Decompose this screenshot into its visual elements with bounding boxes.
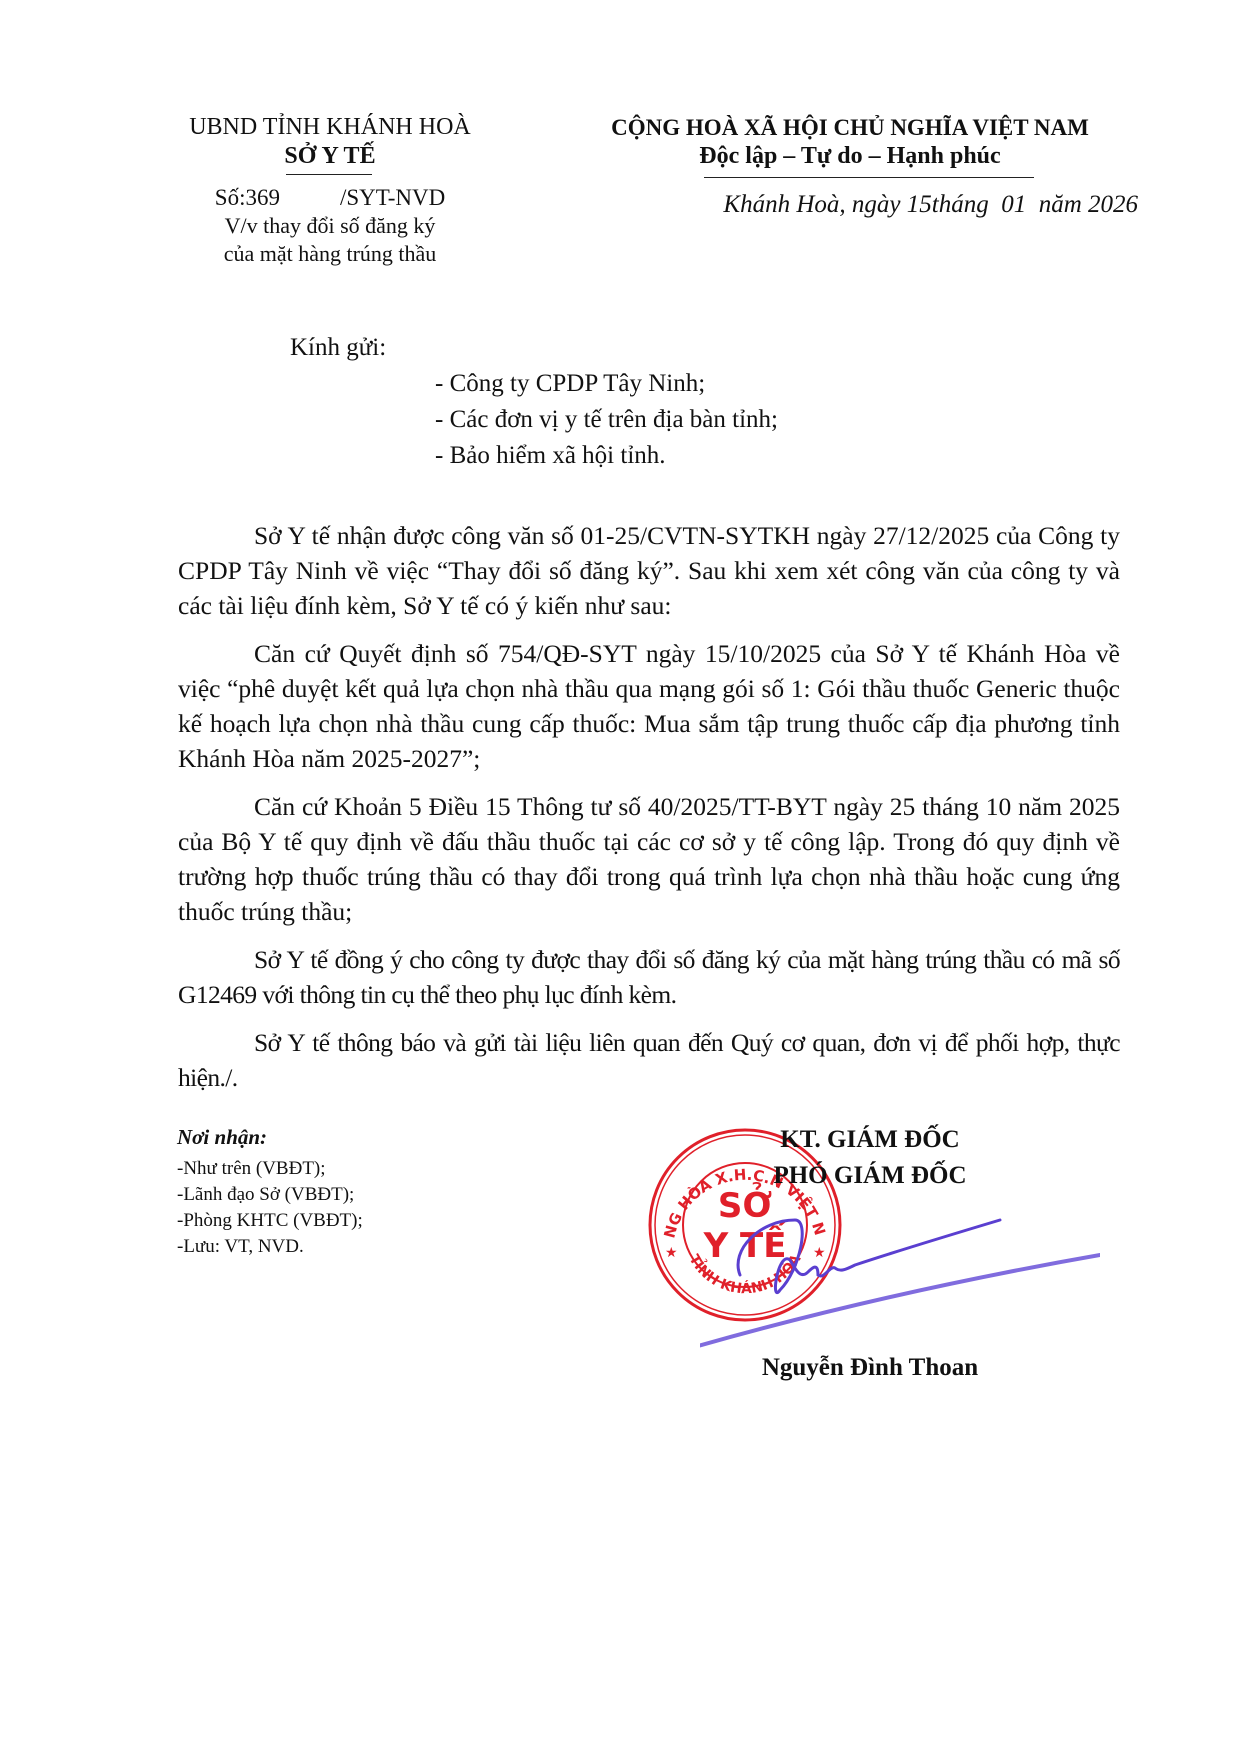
- distribution-item: -Lưu: VT, NVD.: [177, 1234, 363, 1260]
- distribution-item: -Lãnh đạo Sở (VBĐT);: [177, 1182, 363, 1208]
- place-date: Khánh Hoà, ngày 15tháng 01 năm 2026: [578, 191, 1138, 219]
- letter-body: Sở Y tế nhận được công văn số 01-25/CVTN…: [178, 518, 1120, 1108]
- doc-no-suffix: /SYT-NVD: [340, 185, 445, 210]
- svg-text:★: ★: [665, 1245, 678, 1261]
- recipient-item: - Bảo hiểm xã hội tỉnh.: [290, 438, 778, 474]
- agency-name: SỞ Y TẾ: [284, 142, 375, 171]
- motto-underline: [704, 177, 1034, 178]
- handwritten-signature-icon: [700, 1180, 1100, 1380]
- body-paragraph: Sở Y tế nhận được công văn số 01-25/CVTN…: [178, 518, 1120, 623]
- motto: Độc lập – Tự do – Hạnh phúc: [555, 142, 1145, 171]
- national-header: CỘNG HOÀ XÃ HỘI CHỦ NGHĨA VIỆT NAM Độc l…: [555, 113, 1145, 171]
- subject-line-2: của mặt hàng trúng thầu: [150, 240, 510, 268]
- recipient-item: - Công ty CPDP Tây Ninh;: [290, 366, 778, 402]
- distribution-item: -Như trên (VBĐT);: [177, 1156, 363, 1182]
- distribution-title: Nơi nhận:: [177, 1125, 363, 1150]
- doc-no-label: Số:: [215, 185, 246, 210]
- body-paragraph: Căn cứ Quyết định số 754/QĐ-SYT ngày 15/…: [178, 636, 1120, 776]
- signer-name: Nguyễn Đình Thoan: [690, 1354, 1050, 1382]
- body-paragraph: Sở Y tế đồng ý cho công ty được thay đổi…: [178, 942, 1120, 1012]
- recipient-item: - Các đơn vị y tế trên địa bàn tỉnh;: [290, 402, 778, 438]
- recipients-title: Kính gửi:: [290, 330, 778, 366]
- subject-line-1: V/v thay đổi số đăng ký: [150, 212, 510, 240]
- distribution-item: -Phòng KHTC (VBĐT);: [177, 1208, 363, 1234]
- body-paragraph: Sở Y tế thông báo và gửi tài liệu liên q…: [178, 1025, 1120, 1095]
- nation-title: CỘNG HOÀ XÃ HỘI CHỦ NGHĨA VIỆT NAM: [555, 113, 1145, 142]
- signature-title-1: KT. GIÁM ĐỐC: [690, 1122, 1050, 1158]
- body-paragraph: Căn cứ Khoản 5 Điều 15 Thông tư số 40/20…: [178, 789, 1120, 929]
- agency-underline: [286, 174, 372, 175]
- issuer-block: UBND TỈNH KHÁNH HOÀ SỞ Y TẾ Số:369/SYT-N…: [150, 113, 510, 268]
- distribution-list: Nơi nhận: -Như trên (VBĐT); -Lãnh đạo Sở…: [177, 1125, 363, 1260]
- agency-parent: UBND TỈNH KHÁNH HOÀ: [150, 113, 510, 142]
- document-number: Số:369/SYT-NVD: [150, 183, 510, 212]
- recipients: Kính gửi: - Công ty CPDP Tây Ninh; - Các…: [290, 330, 778, 474]
- doc-no-value: 369: [245, 185, 280, 210]
